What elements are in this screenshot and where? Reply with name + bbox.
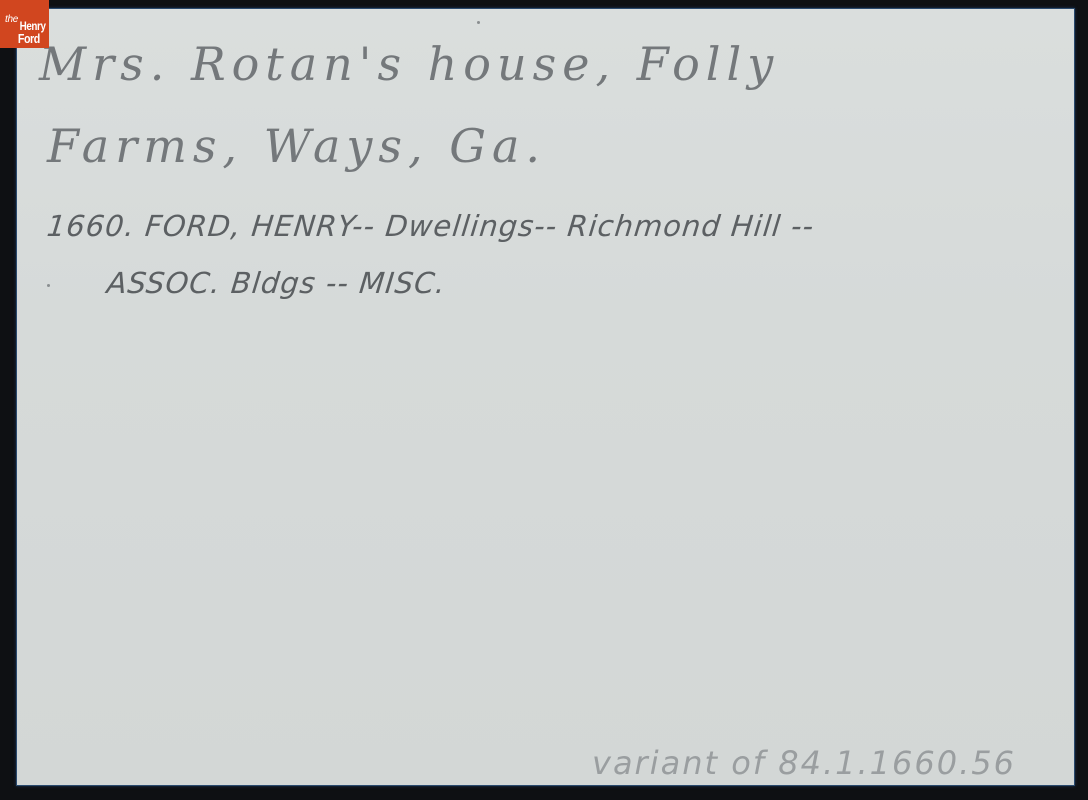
photo-card-back: Mrs. Rotan's house, Folly Farms, Ways, G… bbox=[17, 9, 1074, 785]
henry-ford-logo: the Henry Ford bbox=[0, 0, 49, 48]
caption-line-1: Mrs. Rotan's house, Folly bbox=[39, 37, 779, 91]
catalog-line-1: 1660. FORD, HENRY-- Dwellings-- Richmond… bbox=[45, 209, 816, 243]
variant-note: variant of 84.1.1660.56 bbox=[592, 744, 1016, 782]
logo-the: the bbox=[5, 14, 18, 25]
pencil-mark bbox=[47, 284, 50, 287]
caption-line-2: Farms, Ways, Ga. bbox=[47, 119, 546, 173]
logo-ford: Ford bbox=[18, 31, 40, 46]
catalog-line-2: ASSOC. Bldgs -- MISC. bbox=[105, 266, 447, 300]
pencil-mark bbox=[477, 21, 480, 24]
scan-frame: the Henry Ford Mrs. Rotan's house, Folly… bbox=[0, 0, 1088, 800]
